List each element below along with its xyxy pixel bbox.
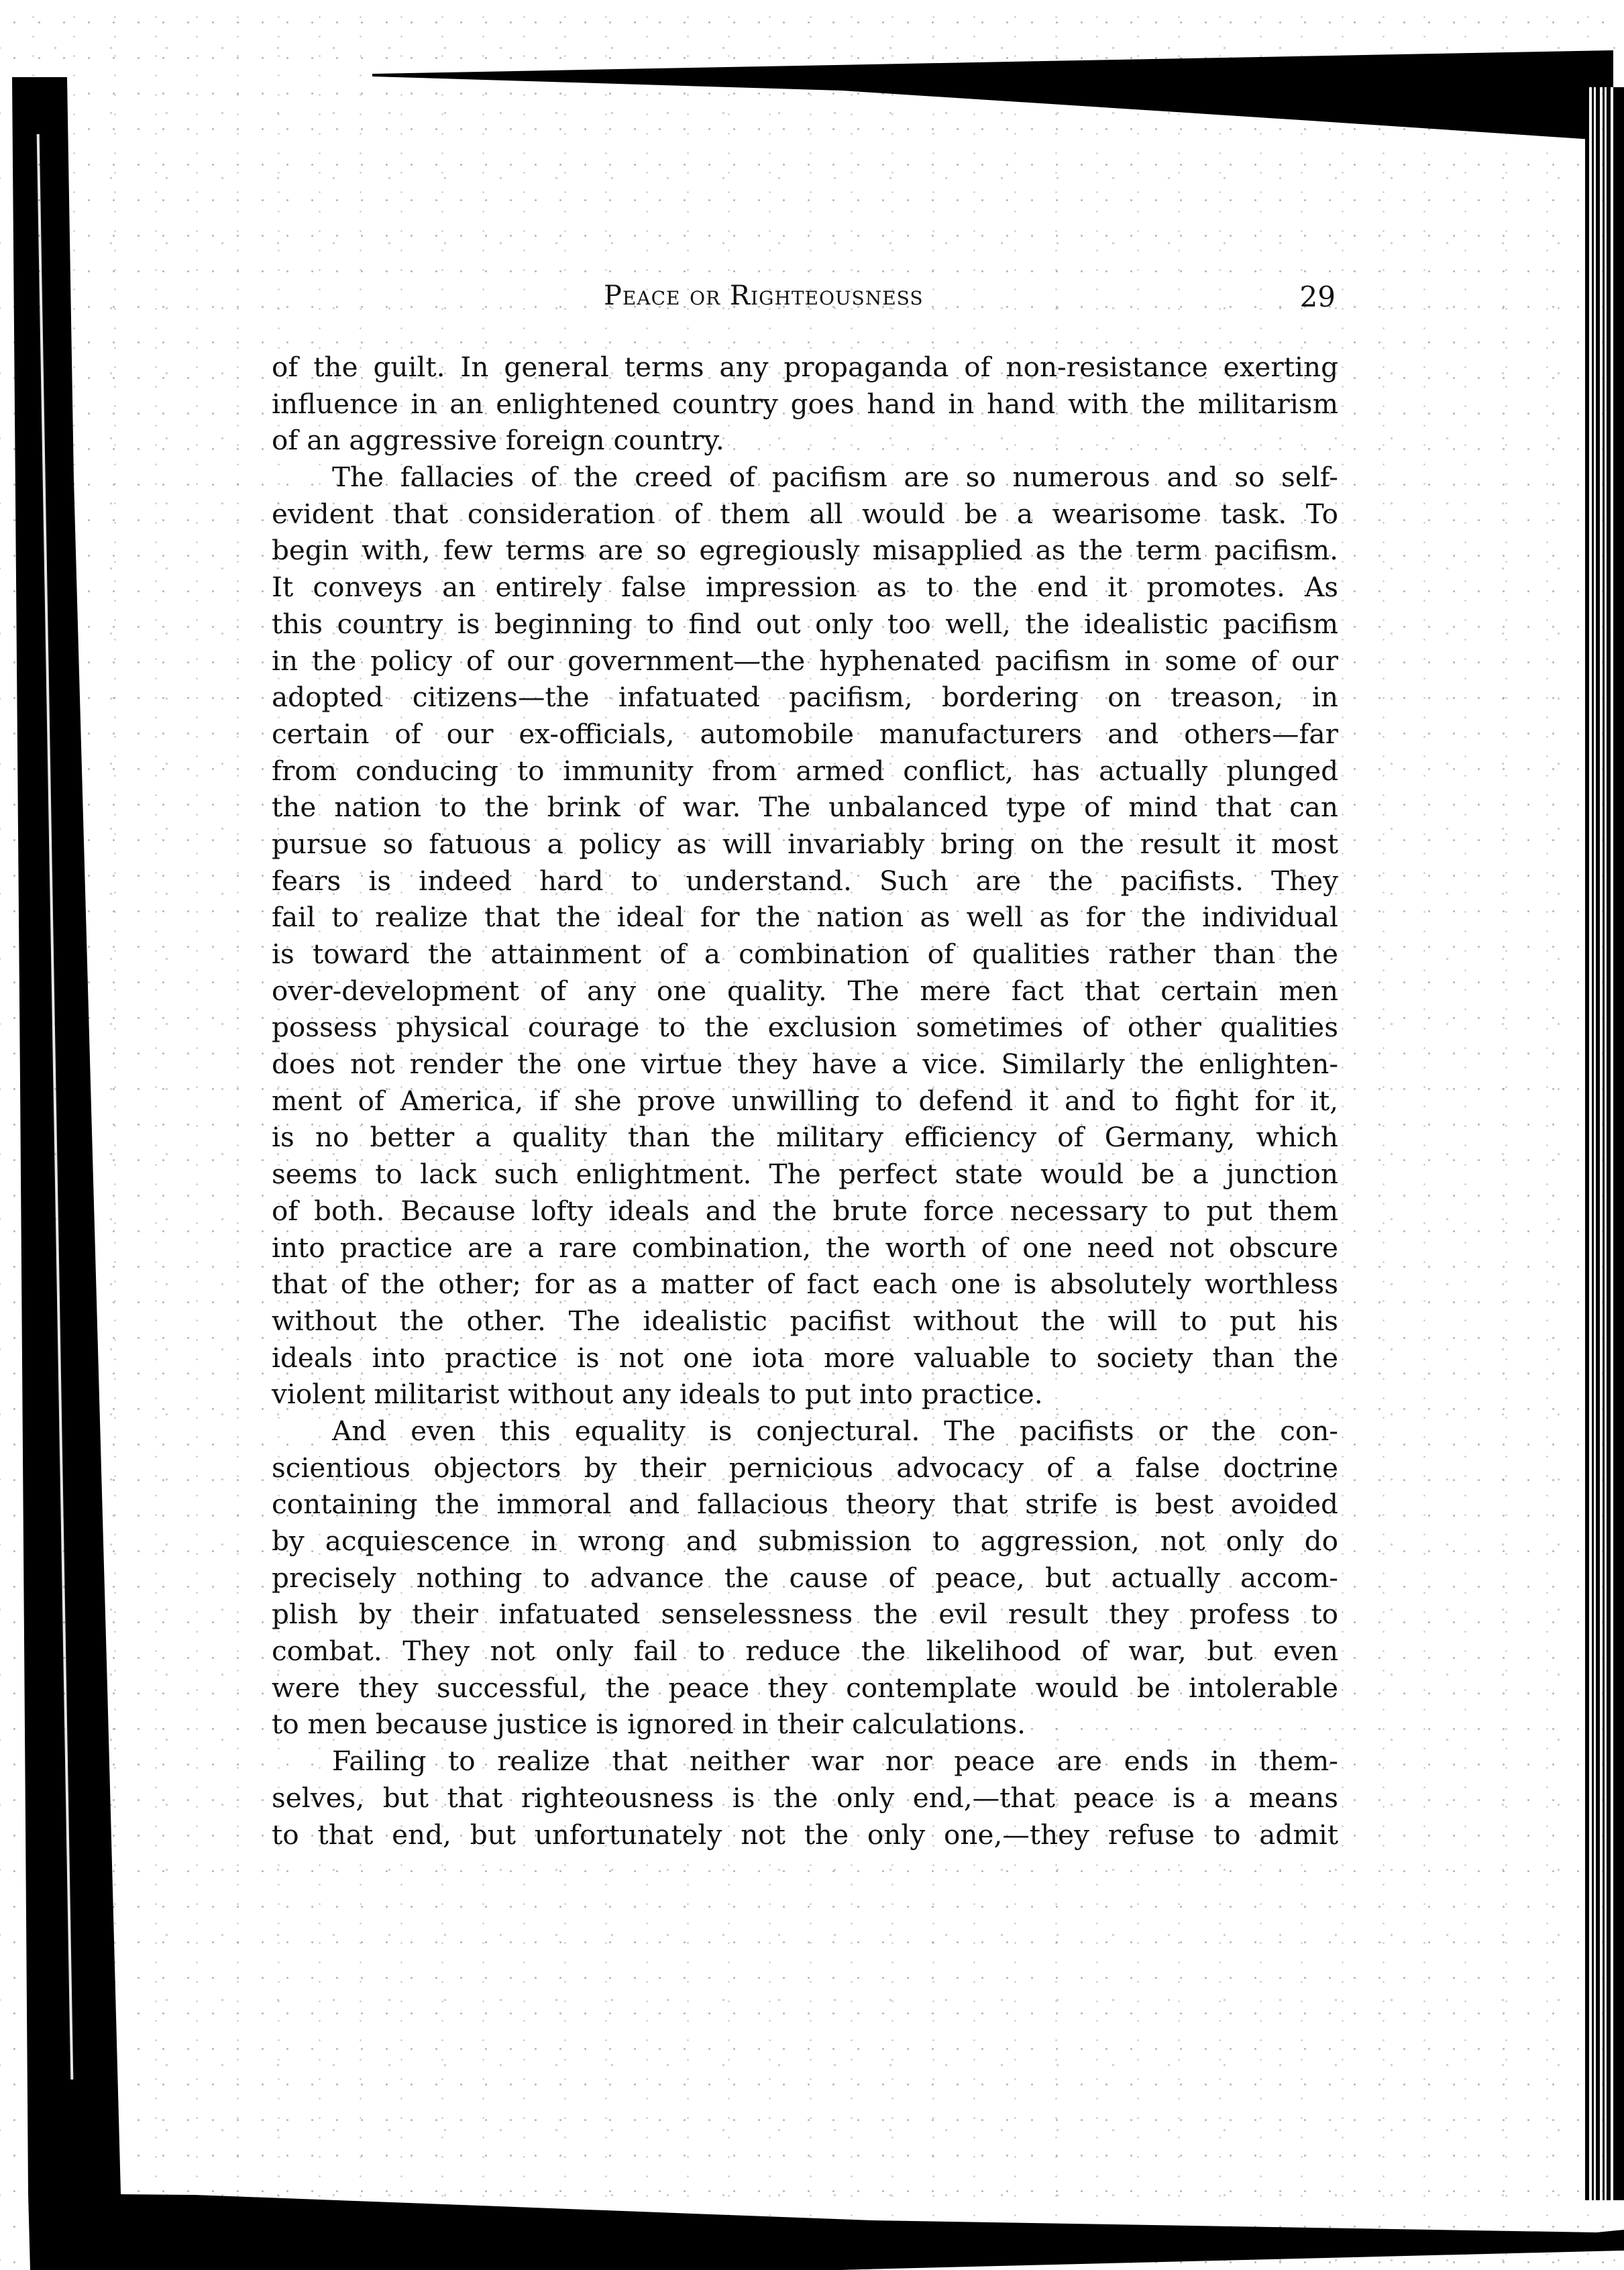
scan-bottom-shadow-fill — [30, 2190, 1624, 2270]
text-line: were they successful, the peace they con… — [272, 1670, 1338, 1707]
text-line: plish by their infatuated senselessness … — [272, 1596, 1338, 1633]
running-head-title: Peace or Righteousness — [604, 280, 924, 311]
scan-top-shadow — [372, 0, 1624, 148]
paragraph: of the guilt. In general terms any propa… — [272, 349, 1338, 459]
body-text: of the guilt. In general terms any propa… — [272, 349, 1338, 1853]
paragraph: The fallacies of the creed of pacifism a… — [272, 459, 1338, 1413]
text-line: pursue so fatuous a policy as will invar… — [272, 826, 1338, 863]
text-line: evident that consideration of them all w… — [272, 496, 1338, 533]
text-line: fail to realize that the ideal for the n… — [272, 899, 1338, 936]
text-line: possess physical courage to the exclusio… — [272, 1009, 1338, 1046]
paragraph: And even this equality is conjectural. T… — [272, 1413, 1338, 1743]
text-line: from conducing to immunity from armed co… — [272, 753, 1338, 790]
text-line: this country is beginning to find out on… — [272, 606, 1338, 643]
text-line: Failing to realize that neither war nor … — [272, 1743, 1338, 1780]
text-line: influence in an enlightened country goes… — [272, 386, 1338, 423]
text-line: violent militarist without any ideals to… — [272, 1376, 1338, 1413]
text-line: is toward the attainment of a combinatio… — [272, 936, 1338, 973]
text-line: containing the immoral and fallacious th… — [272, 1486, 1338, 1523]
page-stack-shadow — [1615, 87, 1624, 2200]
running-head: Peace or Righteousness 29 — [272, 280, 1338, 318]
text-line: that of the other; for as a matter of fa… — [272, 1266, 1338, 1303]
text-line: The fallacies of the creed of pacifism a… — [272, 459, 1338, 496]
text-line: does not render the one virtue they have… — [272, 1046, 1338, 1083]
text-line: begin with, few terms are so egregiously… — [272, 532, 1338, 569]
text-line: combat. They not only fail to reduce the… — [272, 1633, 1338, 1670]
text-line: ideals into practice is not one iota mor… — [272, 1340, 1338, 1376]
text-line: without the other. The idealistic pacifi… — [272, 1303, 1338, 1340]
text-line: adopted citizens—the infatuated pacifism… — [272, 679, 1338, 716]
text-line: certain of our ex-officials, automobile … — [272, 716, 1338, 753]
text-line: And even this equality is conjectural. T… — [272, 1413, 1338, 1450]
text-line: scientious objectors by their pernicious… — [272, 1450, 1338, 1487]
text-line: to men because justice is ignored in the… — [272, 1706, 1338, 1743]
text-line: fears is indeed hard to understand. Such… — [272, 863, 1338, 900]
text-line: by acquiescence in wrong and submission … — [272, 1523, 1338, 1560]
text-line: over-development of any one quality. The… — [272, 973, 1338, 1010]
text-line: is no better a quality than the military… — [272, 1119, 1338, 1156]
paragraph: Failing to realize that neither war nor … — [272, 1743, 1338, 1853]
text-line: selves, but that righteousness is the on… — [272, 1780, 1338, 1817]
text-line: into practice are a rare combination, th… — [272, 1230, 1338, 1266]
text-line: of both. Because lofty ideals and the br… — [272, 1193, 1338, 1230]
page-number: 29 — [1300, 280, 1336, 313]
text-line: of an aggressive foreign country. — [272, 422, 1338, 459]
book-binding-edge — [0, 77, 134, 2270]
text-line: ment of America, if she prove unwilling … — [272, 1083, 1338, 1120]
text-line: seems to lack such enlightment. The perf… — [272, 1156, 1338, 1193]
text-line: precisely nothing to advance the cause o… — [272, 1560, 1338, 1597]
text-line: the nation to the brink of war. The unba… — [272, 789, 1338, 826]
text-line: of the guilt. In general terms any propa… — [272, 349, 1338, 386]
text-line: It conveys an entirely false impression … — [272, 569, 1338, 606]
text-line: to that end, but unfortunately not the o… — [272, 1817, 1338, 1853]
text-line: in the policy of our government—the hyph… — [272, 643, 1338, 680]
